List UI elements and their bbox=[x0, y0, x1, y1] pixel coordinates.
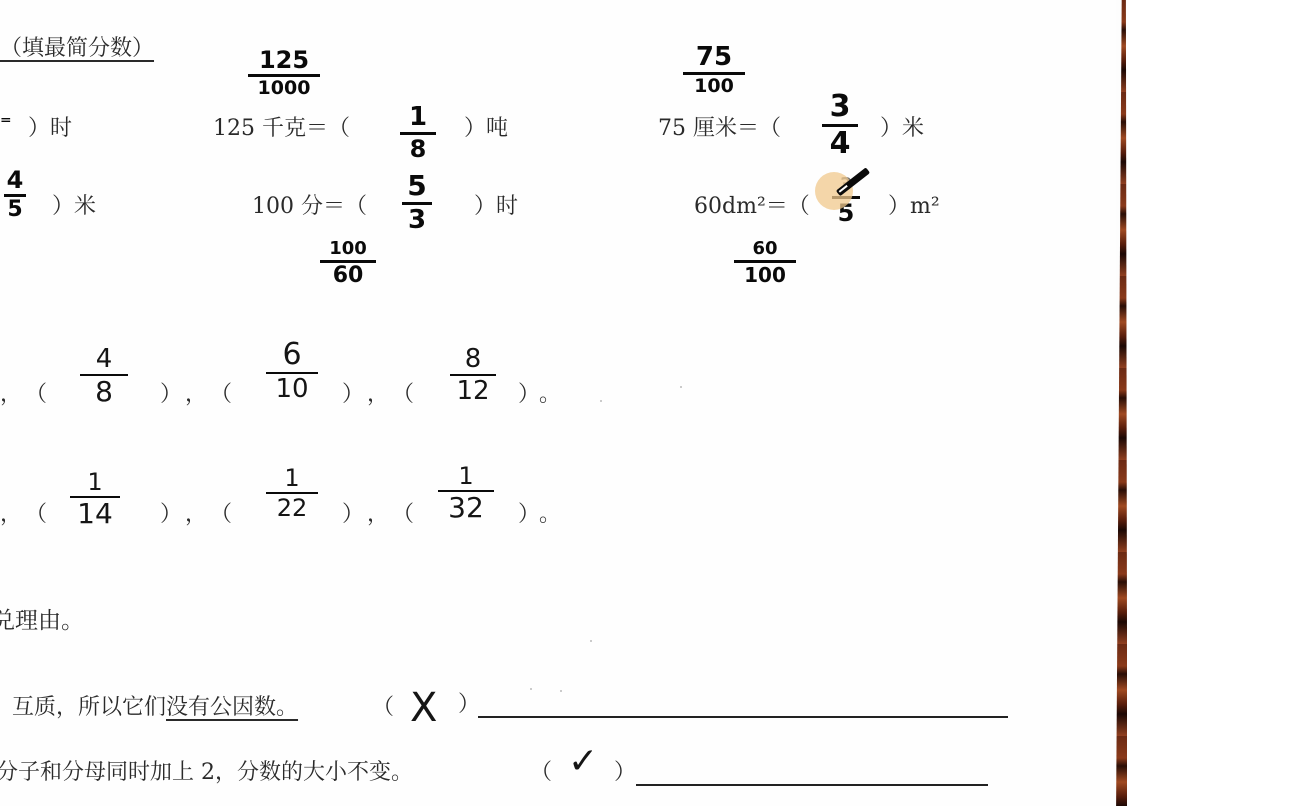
unit-m2: ）m² bbox=[888, 196, 940, 218]
unit-ton: ）吨 bbox=[464, 118, 508, 140]
fill-instruction: （填最简分数） bbox=[0, 38, 154, 60]
instruction-underlined: （填最简分数） bbox=[0, 36, 154, 61]
reason-line-2[interactable] bbox=[636, 784, 988, 786]
scan-speck bbox=[600, 400, 602, 402]
unit-hour-1: ）时 bbox=[28, 118, 72, 140]
eq-fraction-6-10[interactable]: 6 10 bbox=[266, 340, 318, 402]
judge-mark-check[interactable]: ✓ bbox=[568, 744, 598, 780]
answer-fraction-5-3[interactable]: 5 3 bbox=[402, 172, 432, 233]
judge-mark-cross[interactable]: X bbox=[410, 688, 437, 728]
judge-item-1-text: 互质，所以它们 bbox=[12, 695, 166, 720]
work-fraction-125-1000: 125 1000 bbox=[248, 48, 320, 98]
work-fraction-75-100: 75 100 bbox=[683, 44, 745, 96]
page-binding-edge bbox=[1114, 0, 1128, 806]
eq-fraction-1-14[interactable]: 1 14 bbox=[70, 470, 120, 528]
eq-row1-sep1: ），（ bbox=[160, 384, 246, 406]
unit-meter-2: ）米 bbox=[52, 196, 96, 218]
unit-meter: ）米 bbox=[880, 118, 924, 140]
eq-row1-lead: ，（ bbox=[0, 384, 61, 406]
scan-speck bbox=[530, 688, 532, 690]
eq-row2-lead: ，（ bbox=[0, 504, 61, 526]
blank-background bbox=[1127, 0, 1289, 806]
answer-partial-cutoff: ⁼ bbox=[0, 114, 12, 136]
answer-fraction-3-4[interactable]: 3 4 bbox=[822, 92, 858, 159]
eq-fraction-1-32[interactable]: 1 32 bbox=[438, 464, 494, 522]
scan-speck bbox=[560, 690, 562, 692]
judge-item-1-underlined: 没有公因数。 bbox=[166, 695, 298, 720]
judge-item-1: 互质，所以它们没有公因数。 bbox=[12, 697, 298, 719]
eq-fraction-1-22[interactable]: 1 22 bbox=[266, 466, 318, 520]
judge-instruction: 兑理由。 bbox=[0, 610, 84, 633]
question-100min: 100 分＝（ bbox=[252, 196, 367, 218]
unit-hour-2: ）时 bbox=[474, 196, 518, 218]
judge-item-2-open: （ bbox=[530, 762, 552, 784]
worksheet-page: （填最简分数） 125 1000 75 100 ⁼ ）时 125 千克＝（ 1 … bbox=[0, 0, 1116, 806]
eq-row2-sep2: ），（ bbox=[342, 504, 428, 526]
reason-line-1[interactable] bbox=[478, 716, 1008, 718]
eq-fraction-8-12[interactable]: 8 12 bbox=[450, 346, 496, 404]
eq-fraction-4-8[interactable]: 4 8 bbox=[80, 346, 128, 406]
question-125kg: 125 千克＝（ bbox=[213, 118, 350, 140]
question-75cm: 75 厘米＝（ bbox=[658, 118, 781, 140]
eq-row1-sep2: ），（ bbox=[342, 384, 428, 406]
eq-row1-end: ）。 bbox=[518, 384, 571, 406]
judge-item-2-text: 分子和分母同时加上 2，分数的大小不变。 bbox=[0, 762, 413, 784]
answer-fraction-1-8[interactable]: 1 8 bbox=[400, 104, 436, 161]
judge-item-2-close: ） bbox=[614, 762, 636, 784]
eq-row2-sep1: ），（ bbox=[160, 504, 246, 526]
eq-row2-end: ）。 bbox=[518, 504, 571, 526]
scan-speck bbox=[590, 640, 592, 642]
cursor-highlight bbox=[815, 172, 853, 210]
work-fraction-100-60: 100 60 bbox=[320, 240, 376, 287]
work-fraction-60-100: 60 100 bbox=[734, 240, 796, 285]
judge-item-1-open: （ bbox=[372, 697, 394, 719]
question-60dm2: 60dm²＝（ bbox=[694, 196, 810, 218]
scan-speck bbox=[680, 386, 682, 388]
answer-fraction-4-5[interactable]: 4 5 bbox=[4, 168, 26, 221]
judge-item-1-close: ） bbox=[458, 694, 480, 716]
